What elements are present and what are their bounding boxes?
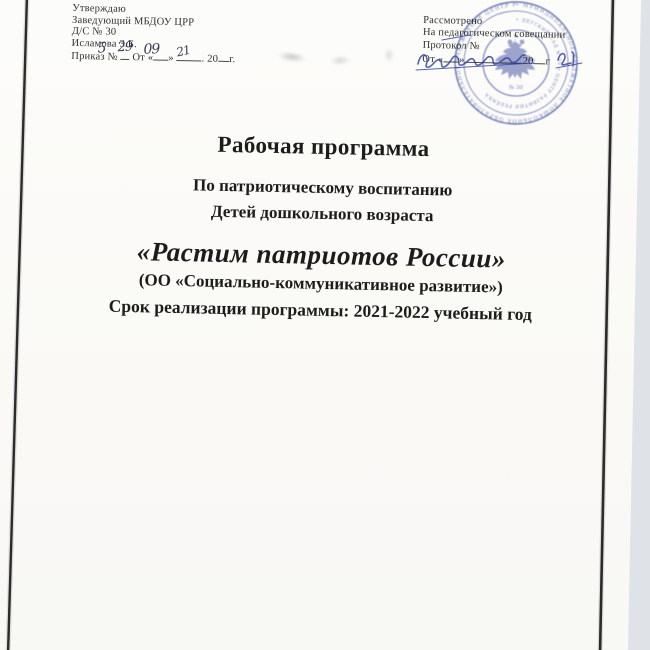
order-dot: .: [201, 53, 204, 64]
stamp-number-label: № 30: [509, 85, 523, 91]
order-close-quote: »: [168, 53, 174, 64]
order-year-prefix: 20: [207, 54, 218, 65]
protocol-number-stroke: [442, 35, 470, 40]
scanned-page: Утверждаю Заведующий МБДОУ ЦРР Д/С № 30 …: [0, 0, 650, 650]
order-suffix: г.: [229, 54, 235, 65]
handwritten-day-month-scrawl: [418, 55, 525, 67]
handwritten-order-day: 29: [117, 40, 132, 56]
program-period: Срок реализации программы: 2021-2022 уче…: [0, 293, 640, 327]
fill-in-blank: [218, 52, 229, 62]
handwritten-order-number: 5: [97, 40, 106, 57]
title-block: Рабочая программа По патриотическому вос…: [0, 128, 644, 328]
handwritten-year-digits: [558, 52, 574, 66]
handwritten-date-ink: [412, 32, 602, 76]
handwritten-order-month: 09: [143, 41, 159, 58]
handwritten-order-year: 21: [175, 43, 191, 60]
order-prefix: Приказ №: [71, 51, 118, 63]
